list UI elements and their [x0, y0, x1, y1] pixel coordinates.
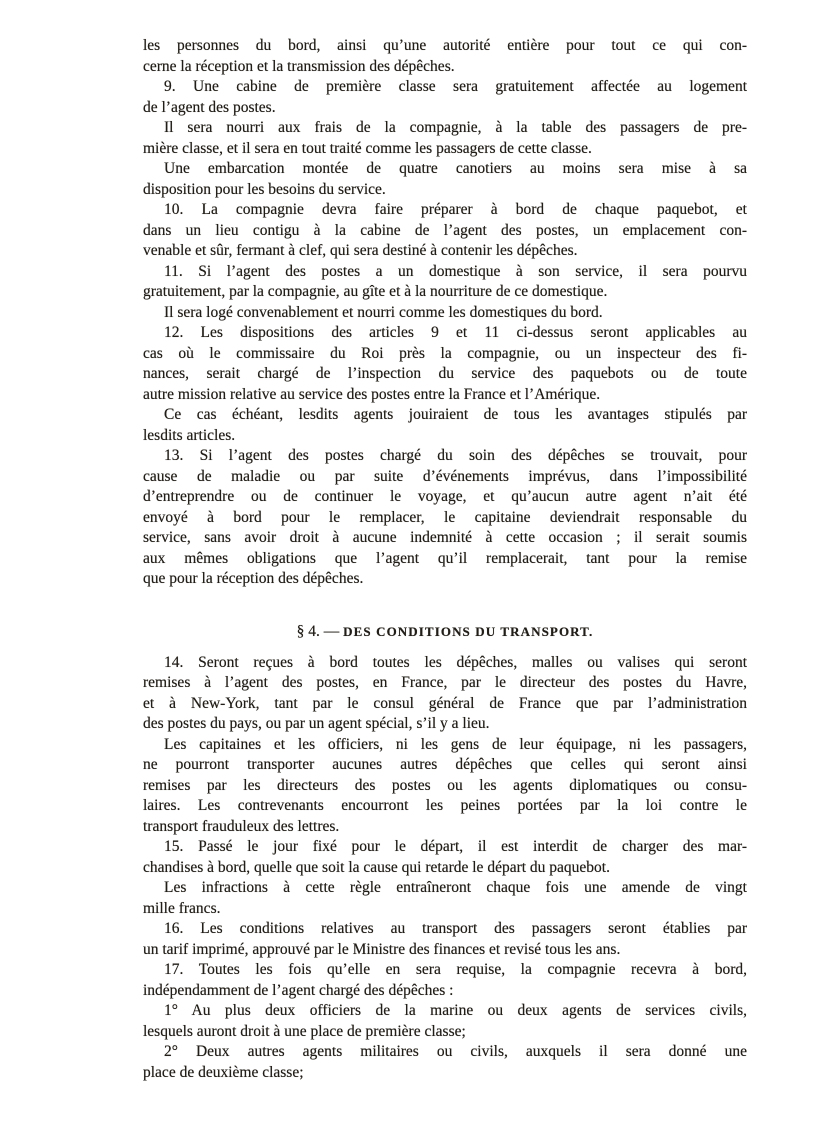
text-line: aux mêmes obligations que l’agent qu’il …: [143, 549, 747, 570]
text-line: 14. Seront reçues à bord toutes les dépê…: [143, 653, 747, 674]
text-line: 13. Si l’agent des postes chargé du soin…: [143, 446, 747, 467]
text-line: remises à l’agent des postes, en France,…: [143, 673, 747, 694]
text-line: 10. La compagnie devra faire préparer à …: [143, 200, 747, 221]
text-line: transport frauduleux des lettres.: [143, 817, 747, 838]
text-line: envoyé à bord pour le remplacer, le capi…: [143, 508, 747, 529]
text-line: des postes du pays, ou par un agent spéc…: [143, 714, 747, 735]
text-line: cause de maladie ou par suite d’événemen…: [143, 467, 747, 488]
text-line: Il sera logé convenablement et nourri co…: [143, 303, 747, 324]
body-text-block-1: les personnes du bord, ainsi qu’une auto…: [143, 36, 747, 590]
text-line: 9. Une cabine de première classe sera gr…: [143, 77, 747, 98]
text-line: disposition pour les besoins du service.: [143, 180, 747, 201]
scanned-document-page: les personnes du bord, ainsi qu’une auto…: [0, 0, 840, 1138]
section-heading: § 4. — DES CONDITIONS DU TRANSPORT.: [143, 621, 747, 642]
text-line: chandises à bord, quelle que soit la cau…: [143, 858, 747, 879]
section-title: DES CONDITIONS DU TRANSPORT.: [343, 624, 593, 639]
text-line: Une embarcation montée de quatre canotie…: [143, 159, 747, 180]
text-line: venable et sûr, fermant à clef, qui sera…: [143, 241, 747, 262]
page-text-block: les personnes du bord, ainsi qu’une auto…: [143, 36, 747, 1083]
text-line: 2° Deux autres agents militaires ou civi…: [143, 1042, 747, 1063]
section-number: § 4. —: [297, 623, 344, 640]
text-line: les personnes du bord, ainsi qu’une auto…: [143, 36, 747, 57]
text-line: 15. Passé le jour fixé pour le départ, i…: [143, 837, 747, 858]
text-line: et à New-York, tant par le consul généra…: [143, 694, 747, 715]
text-line: indépendamment de l’agent chargé des dép…: [143, 981, 747, 1002]
text-line: Ce cas échéant, lesdits agents jouiraien…: [143, 405, 747, 426]
text-line: gratuitement, par la compagnie, au gîte …: [143, 282, 747, 303]
text-line: Il sera nourri aux frais de la compagnie…: [143, 118, 747, 139]
text-line: lesdits articles.: [143, 426, 747, 447]
text-line: cas où le commissaire du Roi près la com…: [143, 344, 747, 365]
text-line: place de deuxième classe;: [143, 1063, 747, 1084]
text-line: remises par les directeurs des postes ou…: [143, 776, 747, 797]
text-line: un tarif imprimé, approuvé par le Minist…: [143, 940, 747, 961]
text-line: 17. Toutes les fois qu’elle en sera requ…: [143, 960, 747, 981]
text-line: laires. Les contrevenants encourront les…: [143, 796, 747, 817]
text-line: mille francs.: [143, 899, 747, 920]
text-line: nances, serait chargé de l’inspection du…: [143, 364, 747, 385]
text-line: 1° Au plus deux officiers de la marine o…: [143, 1001, 747, 1022]
text-line: mière classe, et il sera en tout traité …: [143, 139, 747, 160]
body-text-block-2: 14. Seront reçues à bord toutes les dépê…: [143, 653, 747, 1084]
text-line: d’entreprendre ou de continuer le voyage…: [143, 487, 747, 508]
text-line: 12. Les dispositions des articles 9 et 1…: [143, 323, 747, 344]
text-line: Les capitaines et les officiers, ni les …: [143, 735, 747, 756]
text-line: service, sans avoir droit à aucune indem…: [143, 528, 747, 549]
text-line: dans un lieu contigu à la cabine de l’ag…: [143, 221, 747, 242]
text-line: Les infractions à cette règle entraînero…: [143, 878, 747, 899]
text-line: ne pourront transporter aucunes autres d…: [143, 755, 747, 776]
text-line: 16. Les conditions relatives au transpor…: [143, 919, 747, 940]
text-line: cerne la réception et la transmission de…: [143, 57, 747, 78]
text-line: de l’agent des postes.: [143, 98, 747, 119]
text-line: autre mission relative au service des po…: [143, 385, 747, 406]
text-line: que pour la réception des dépêches.: [143, 569, 747, 590]
text-line: lesquels auront droit à une place de pre…: [143, 1022, 747, 1043]
text-line: 11. Si l’agent des postes a un domestiqu…: [143, 262, 747, 283]
